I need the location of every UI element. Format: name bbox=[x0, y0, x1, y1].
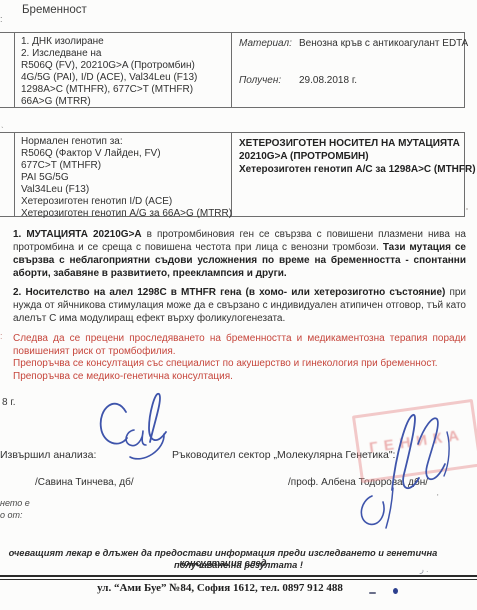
genotype-line: Val34Leu (F13) bbox=[21, 184, 232, 196]
tests-performed-cell: 1. ДНК изолиране 2. Изследване на R506Q … bbox=[21, 36, 197, 108]
test-line: 1. ДНК изолиране bbox=[21, 36, 197, 48]
test-line: R506Q (FV), 20210G>A (Протромбин) bbox=[21, 60, 197, 72]
table-divider bbox=[14, 33, 15, 107]
test-line: 66A>G (MTRR) bbox=[21, 96, 197, 108]
genotype-line: Нормален генотип за: bbox=[21, 136, 232, 148]
table-divider bbox=[14, 133, 15, 216]
table-divider bbox=[231, 33, 232, 107]
genotype-line: Хетерозиготен генотип I/D (ACE) bbox=[21, 196, 232, 208]
left-edge-cutoff-text-2: о от: bbox=[0, 510, 23, 520]
head-signature bbox=[352, 402, 477, 552]
analyst-signature bbox=[88, 388, 178, 472]
material-label: Материал: bbox=[239, 38, 292, 50]
genotype-line: PAI 5G/5G bbox=[21, 172, 232, 184]
received-label: Получен: bbox=[239, 75, 281, 87]
report-date-fragment: 8 г. bbox=[2, 397, 16, 408]
finding-paragraph-2: 2. Носителство на алел 1298C в MTHFR ген… bbox=[13, 286, 466, 325]
result-line: 20210G>A (ПРОТРОМБИН) bbox=[239, 150, 476, 163]
analyst-label: Извършил анализа: bbox=[0, 449, 96, 461]
specimen-table-row: 1. ДНК изолиране 2. Изследване на R506Q … bbox=[0, 32, 465, 108]
results-table-row: Нормален генотип за: R506Q (Фактор V Лай… bbox=[0, 132, 465, 217]
result-line: ХЕТЕРОЗИГОТЕН НОСИТЕЛ НА МУТАЦИЯТА bbox=[239, 137, 476, 150]
received-date: 29.08.2018 г. bbox=[299, 75, 357, 87]
recommendation-paragraph: Следва да се прецени проследяването на б… bbox=[13, 332, 466, 358]
page-title: Бременност bbox=[22, 4, 87, 16]
scan-speck: ر . bbox=[420, 565, 428, 574]
left-edge-cutoff-text-1: нето е bbox=[0, 498, 30, 508]
result-line: Хетерозиготен генотип А/С за 1298A>C (MT… bbox=[239, 163, 476, 176]
finding-1-bold-lead: 1. МУТАЦИЯТА 20210G>A bbox=[13, 229, 142, 240]
test-line: 1298A>C (MTHFR), 677C>T (MTHFR) bbox=[21, 84, 197, 96]
scan-speck: ` bbox=[449, 252, 452, 261]
ink-dash bbox=[369, 592, 376, 594]
footer-rule-thin bbox=[0, 579, 477, 580]
finding-paragraph-1: 1. МУТАЦИЯТА 20210G>A в протромбиновия г… bbox=[13, 228, 466, 280]
footer-notice-line-2: получаване на резултата ! bbox=[0, 560, 477, 570]
recommendation-line-3: Препоръчва се медико-генетична консултац… bbox=[13, 371, 233, 382]
stray-dot: . bbox=[334, 449, 337, 460]
analyst-name: /Савина Тинчева, дб/ bbox=[35, 477, 134, 488]
genotype-normal-cell: Нормален генотип за: R506Q (Фактор V Лай… bbox=[21, 136, 232, 220]
scanned-genetic-report-page: Бременност : 1. ДНК изолиране 2. Изследв… bbox=[0, 0, 477, 610]
genotype-line: Хетерозиготен генотип A/G за 66A>G (MTRR… bbox=[21, 208, 232, 220]
finding-2-bold-lead: 2. Носителство на алел 1298C в MTHFR ген… bbox=[13, 287, 445, 298]
test-line: 4G/5G (PAI), I/D (ACE), Val34Leu (F13) bbox=[21, 72, 197, 84]
scan-speck: ' bbox=[437, 493, 439, 502]
scan-speck bbox=[466, 208, 468, 210]
genotype-line: 677C>T (MTHFR) bbox=[21, 160, 232, 172]
genotype-line: R506Q (Фактор V Лайден, FV) bbox=[21, 148, 232, 160]
left-edge-cutoff-mark: : bbox=[0, 14, 3, 24]
material-value: Венозна кръв с антикоагулант EDTA bbox=[299, 38, 468, 50]
result-highlight-cell: ХЕТЕРОЗИГОТЕН НОСИТЕЛ НА МУТАЦИЯТА 20210… bbox=[239, 137, 476, 176]
ink-blot bbox=[393, 588, 398, 594]
test-line: 2. Изследване на bbox=[21, 48, 197, 60]
left-edge-cutoff-mark-red: : bbox=[0, 331, 3, 341]
recommendation-line-2: Препоръчва се консултация със специалист… bbox=[13, 358, 438, 369]
scan-speck: ` bbox=[1, 126, 4, 135]
footer-rule-thick bbox=[0, 575, 477, 577]
